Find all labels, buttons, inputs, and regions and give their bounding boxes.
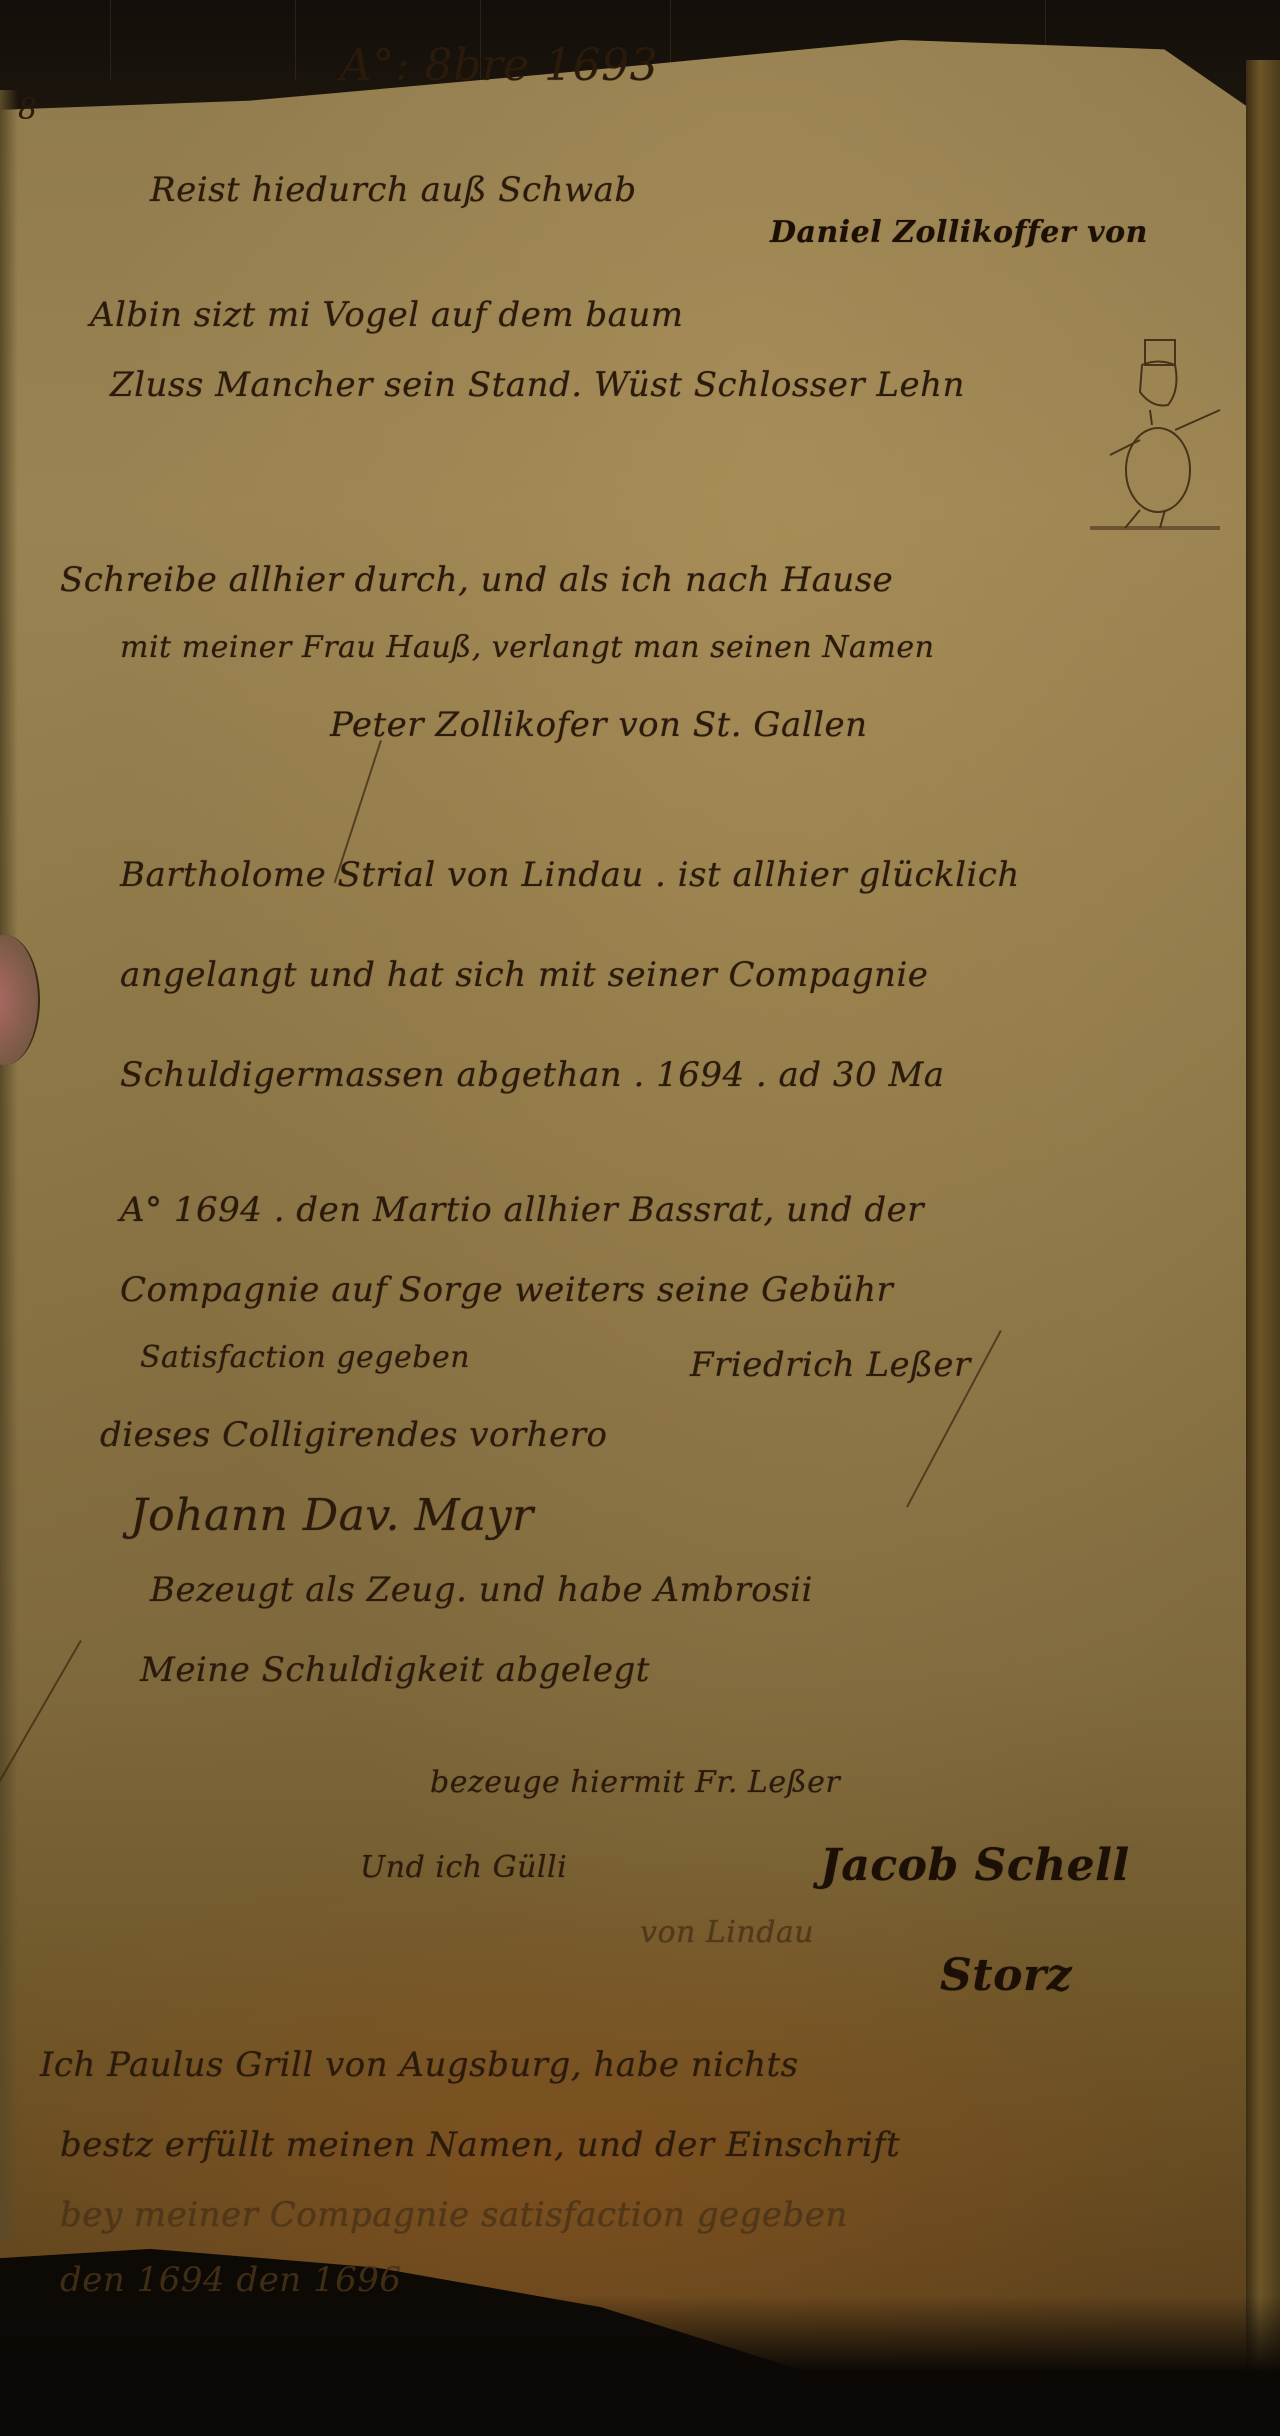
date-heading: A°: 8bre 1693	[340, 40, 658, 91]
entry-5-line-4: bezeuge hiermit Fr. Leßer	[430, 1765, 840, 1800]
entry-2-signature: Peter Zollikofer von St. Gallen	[330, 705, 868, 745]
entry-2-line-1: Schreibe allhier durch, und als ich nach…	[60, 560, 893, 600]
figure-sketch-icon	[1080, 330, 1230, 530]
entry-1-margin-signature: Daniel Zollikoffer von	[770, 215, 1148, 250]
entry-1-line-3: Zluss Mancher sein Stand. Wüst Schlosser…	[110, 365, 965, 405]
entry-5-signature-4: Storz	[940, 1950, 1072, 2001]
bottom-shadow-background	[0, 2296, 1280, 2436]
entry-4-line-2: Compagnie auf Sorge weiters seine Gebühr	[120, 1270, 893, 1310]
entry-6-line-4: den 1694 den 1696	[60, 2260, 402, 2300]
entry-3-line-3: Schuldigermassen abgethan . 1694 . ad 30…	[120, 1055, 945, 1095]
page-left-edge	[0, 90, 18, 2240]
entry-5-line-2: Bezeugt als Zeug. und habe Ambrosii	[150, 1570, 813, 1610]
entry-2-line-2: mit meiner Frau Hauß, verlangt man seine…	[120, 630, 934, 665]
entry-5-line-1: Johann Dav. Mayr	[130, 1490, 534, 1541]
entry-5-signature-2: Jacob Schell	[820, 1840, 1130, 1891]
entry-6-line-2: bestz erfüllt meinen Namen, und der Eins…	[60, 2125, 900, 2165]
entry-3-line-1: Bartholome Strial von Lindau . ist allhi…	[120, 855, 1020, 895]
entry-6-line-1: Ich Paulus Grill von Augsburg, habe nich…	[40, 2045, 799, 2085]
book-edge	[1246, 60, 1280, 2436]
entry-3-line-2: angelangt und hat sich mit seiner Compag…	[120, 955, 928, 995]
entry-5-line-3: Meine Schuldigkeit abgelegt	[140, 1650, 650, 1690]
entry-4-line-3: Satisfaction gegeben	[140, 1340, 470, 1375]
entry-5-signature-1: Und ich Gülli	[360, 1850, 567, 1885]
folio-mark: 8	[18, 92, 37, 127]
entry-4-signature: Friedrich Leßer	[690, 1345, 971, 1385]
entry-4-line-4: dieses Colligirendes vorhero	[100, 1415, 607, 1455]
entry-4-line-1: A° 1694 . den Martio allhier Bassrat, un…	[120, 1190, 924, 1230]
entry-6-line-3: bey meiner Compagnie satisfaction gegebe…	[60, 2195, 848, 2235]
entry-1-line-2: Albin sizt mi Vogel auf dem baum	[90, 295, 684, 335]
entry-5-signature-3: von Lindau	[640, 1915, 814, 1950]
entry-1-line-1: Reist hiedurch auß Schwab	[150, 170, 637, 210]
